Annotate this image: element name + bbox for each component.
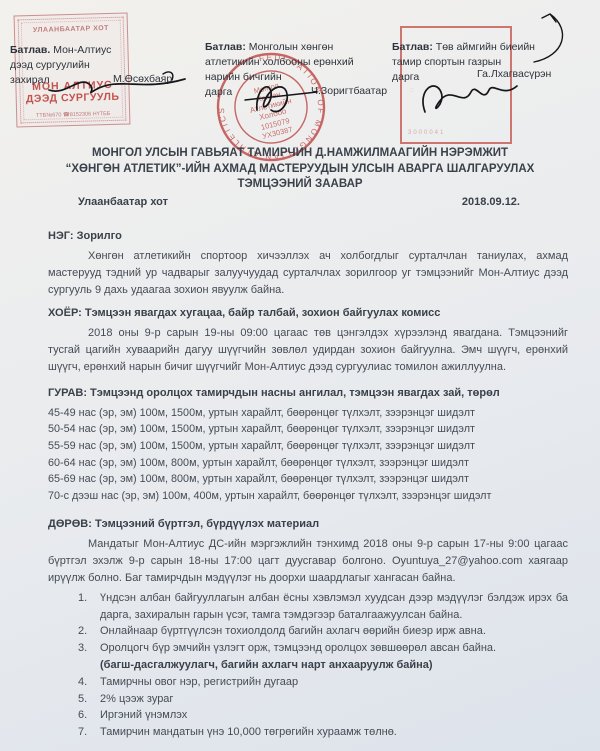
list-item: 2. Онлайнаар бүртгүүлсэн тохиолдолд баги… xyxy=(48,623,568,640)
title-line-1: МОНГОЛ УЛСЫН ГАВЬЯАТ ТАМИРЧИН Д.НАМЖИЛМА… xyxy=(30,146,570,162)
list-item-number: 3. xyxy=(78,640,100,674)
list-item-text: Онлайнаар бүртгүүлсэн тохиолдолд багийн … xyxy=(100,623,568,640)
list-item: 1. Үндсэн албан байгууллагын албан ёсны … xyxy=(48,590,568,624)
section-two-paragraph: 2018 оны 9-р сарын 19-ны 09:00 цагаас тө… xyxy=(48,325,568,375)
approval-line: Батлав. Мон-Алтиус xyxy=(10,43,150,58)
place-label: Улаанбаатар хот xyxy=(78,196,168,208)
approval-org-line: Төв аймгийн биеийн xyxy=(436,41,535,53)
approval-org-line: атлетикийн холбооны ерөнхий xyxy=(205,55,385,70)
school-stamp-registration-text: ТТБ№670 ☎8152306 НҮТББ xyxy=(21,111,125,120)
age-category-row: 55-59 нас (эр, эм) 100м, 1500м, уртын ха… xyxy=(48,438,568,455)
list-item-number: 5. xyxy=(78,691,100,708)
approval-label: Батлав. xyxy=(10,44,50,56)
signature-federation xyxy=(243,76,321,120)
document-title: МОНГОЛ УЛСЫН ГАВЬЯАТ ТАМИРЧИН Д.НАМЖИЛМА… xyxy=(30,146,570,193)
document-body: Улаанбаатар хот 2018.09.12. НЭГ: Зорилго… xyxy=(48,196,568,741)
list-item: 4. Тамирчны овог нэр, регистрийн дугаар xyxy=(48,674,568,691)
list-item-text-main: Оролцогч бүр эмчийн үзлэгт орж, тэмцээнд… xyxy=(100,642,496,654)
approval-org-line: Мон-Алтиус xyxy=(53,44,111,56)
age-category-row: 60-64 нас (эр, эм) 100м, 800м, уртын хар… xyxy=(48,455,568,472)
list-item-text: Тамирчин мандатын үнэ 10,000 төгрөгийн х… xyxy=(100,724,568,741)
section-four-paragraph: Мандатыг Мон-Алтиус ДС-ийн мэргэжлийн тэ… xyxy=(48,536,568,586)
age-category-list: 45-49 нас (эр, эм) 100м, 1500м, уртын ха… xyxy=(48,405,568,505)
title-line-3: ТЭМЦЭЭНИЙ ЗААВАР xyxy=(30,177,570,193)
age-category-row: 70-с дээш нас (эр, эм) 100м, 400м, уртын… xyxy=(48,488,568,505)
signature-flourish xyxy=(528,8,576,68)
age-category-row: 45-49 нас (эр, эм) 100м, 1500м, уртын ха… xyxy=(48,405,568,422)
signer-name-federation: Ч.Зоригтбаатар xyxy=(311,85,387,97)
list-item-text: Үндсэн албан байгууллагын албан ёсны хэв… xyxy=(100,590,568,624)
list-item-number: 7. xyxy=(78,724,100,741)
list-item-number: 2. xyxy=(78,623,100,640)
list-item-bold-note: (багш-дасгалжуулагч, багийн ахлагч нарт … xyxy=(100,659,433,671)
list-item-text: Тамирчны овог нэр, регистрийн дугаар xyxy=(100,674,568,691)
date-label: 2018.09.12. xyxy=(462,196,520,208)
list-item-number: 1. xyxy=(78,590,100,624)
list-item: 3. Оролцогч бүр эмчийн үзлэгт орж, тэмцэ… xyxy=(48,640,568,674)
section-two-heading: ХОЁР: Тэмцээн явагдах хугацаа, байр талб… xyxy=(48,307,568,319)
section-one-heading: НЭГ: Зорилго xyxy=(48,230,568,242)
approval-label: Батлав: xyxy=(392,41,433,53)
list-item-text: Оролцогч бүр эмчийн үзлэгт орж, тэмцээнд… xyxy=(100,640,568,674)
requirements-list: 1. Үндсэн албан байгууллагын албан ёсны … xyxy=(48,590,568,741)
approval-line: Батлав: Монголын хөнгөн xyxy=(205,40,385,55)
approval-label: Батлав: xyxy=(205,41,246,53)
signature-school xyxy=(45,66,190,100)
age-category-row: 65-69 нас (эр, эм) 100м, 800м, уртын хар… xyxy=(48,471,568,488)
title-line-2: “ХӨНГӨН АТЛЕТИК”-ИЙН АХМАД МАСТЕРУУДЫН У… xyxy=(30,162,570,178)
list-item-text: Иргэний үнэмлэх xyxy=(100,707,568,724)
list-item: 6. Иргэний үнэмлэх xyxy=(48,707,568,724)
approval-org-line: Монголын хөнгөн xyxy=(249,41,333,53)
list-item-text: 2% цээж зураг xyxy=(100,691,568,708)
section-four-heading: ДӨРӨВ: Тэмцээний бүртгэл, бүрдүүлэх мате… xyxy=(48,518,568,530)
section-one-paragraph: Хөнгөн атлетикийн спортоор хичээллэх ач … xyxy=(48,248,568,298)
list-item: 5. 2% цээж зураг xyxy=(48,691,568,708)
section-three-heading: ГУРАВ: Тэмцээнд оролцох тамирчдын насны … xyxy=(48,387,568,399)
place-date-row: Улаанбаатар хот 2018.09.12. xyxy=(48,196,568,208)
age-category-row: 50-54 нас (эр, эм) 100м, 1500м, уртын ха… xyxy=(48,421,568,438)
signature-province xyxy=(413,74,523,120)
school-stamp-city-text: УЛААНБААТАР ХОТ xyxy=(19,25,123,35)
province-stamp-number: 3000041 xyxy=(408,130,445,136)
list-item-number: 6. xyxy=(78,707,100,724)
scanned-document-page: УЛААНБААТАР ХОТ МОН АЛТИУС ДЭЭД СУРГУУЛЬ… xyxy=(0,0,600,751)
list-item: 7. Тамирчин мандатын үнэ 10,000 төгрөгий… xyxy=(48,724,568,741)
list-item-number: 4. xyxy=(78,674,100,691)
